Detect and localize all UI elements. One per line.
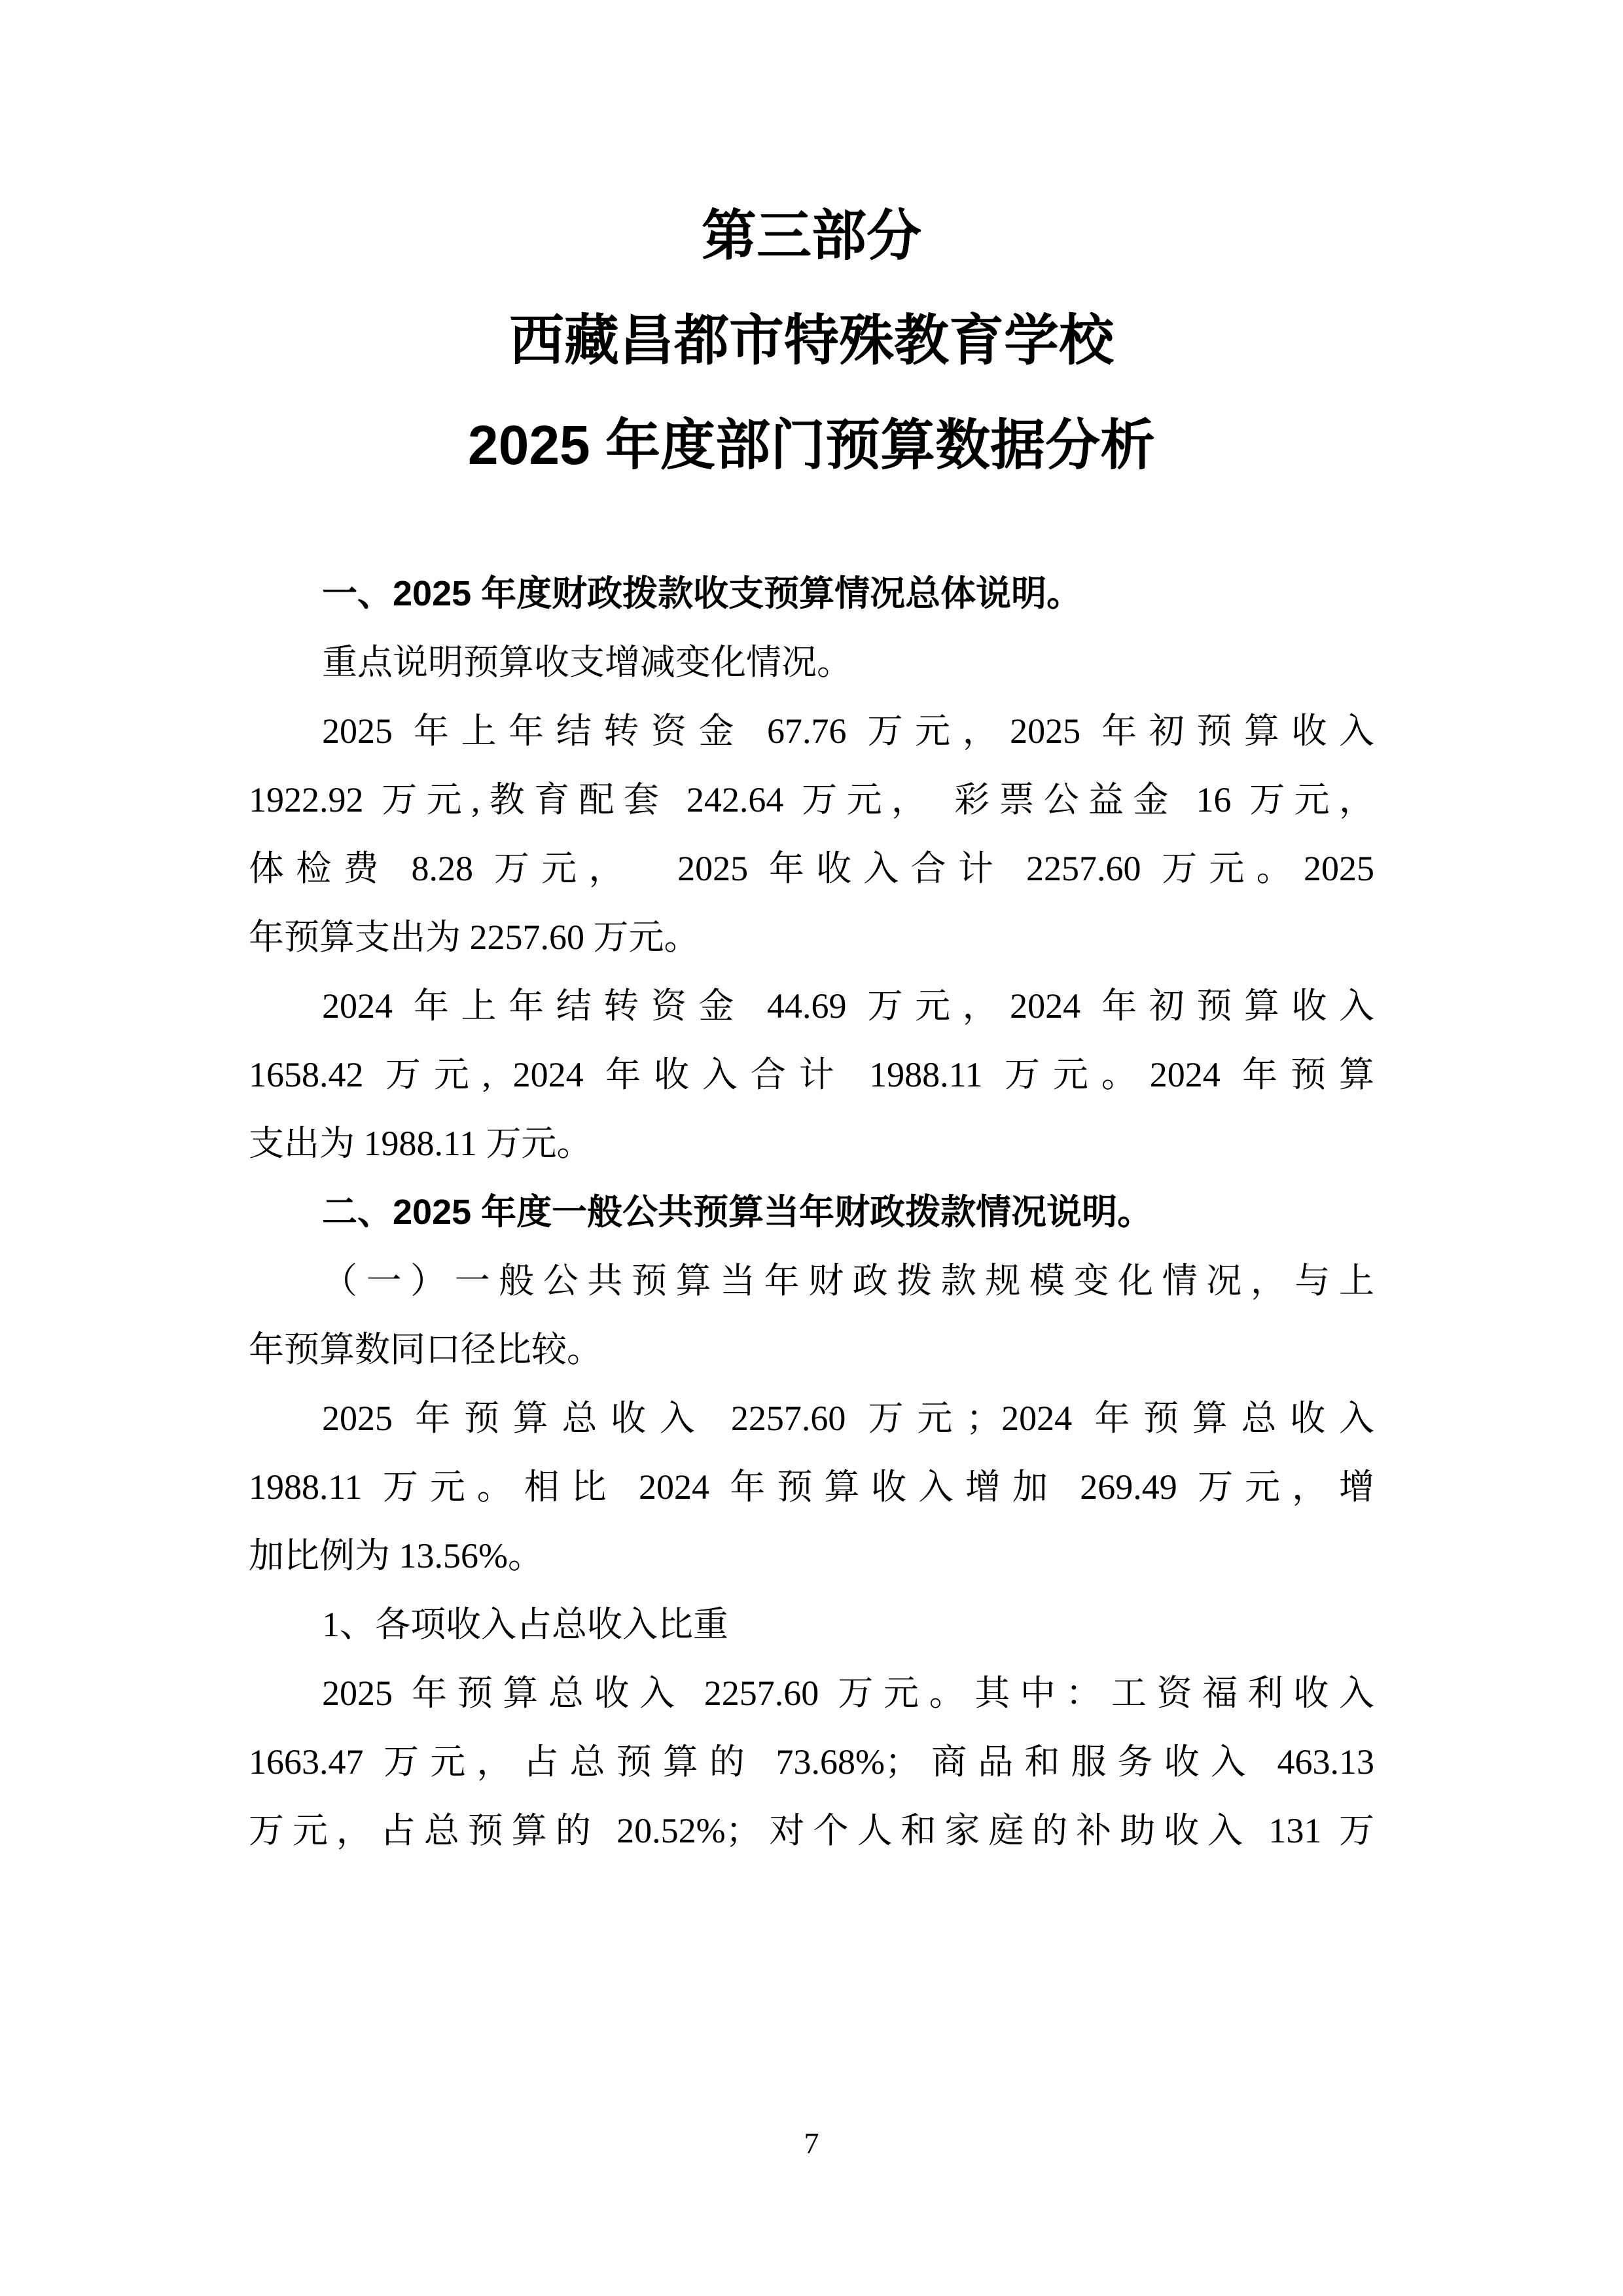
paragraph-line: 2025 年上年结转资金 67.76 万元，2025 年初预算收入 <box>249 697 1374 766</box>
paragraph-line: 万元，占总预算的 20.52%；对个人和家庭的补助收入 131 万 <box>249 1797 1374 1865</box>
paragraph-line: 体检费 8.28 万元， 2025 年收入合计 2257.60 万元。2025 <box>249 834 1374 903</box>
section-heading-line: 二、2025 年度一般公共预算当年财政拨款情况说明。 <box>249 1178 1374 1247</box>
paragraph-line: 2025 年预算总收入 2257.60 万元；2024 年预算总收入 <box>249 1384 1374 1453</box>
section-heading-line: 一、2025 年度财政拨款收支预算情况总体说明。 <box>249 560 1374 628</box>
paragraph-line: 1988.11 万元。相比 2024 年预算收入增加 269.49 万元，增 <box>249 1453 1374 1522</box>
document-body: 一、2025 年度财政拨款收支预算情况总体说明。重点说明预算收支增减变化情况。2… <box>249 560 1374 1865</box>
title-body-spacer <box>0 497 1623 560</box>
paragraph-line: 年预算支出为 2257.60 万元。 <box>249 903 1374 972</box>
paragraph-line: 1658.42 万元, 2024 年收入合计 1988.11 万元。2024 年… <box>249 1041 1374 1109</box>
document-title-line: 2025 年度部门预算数据分析 <box>249 393 1374 497</box>
paragraph-line: 重点说明预算收支增减变化情况。 <box>249 628 1374 697</box>
paragraph-line: 年预算数同口径比较。 <box>249 1316 1374 1384</box>
paragraph-line: （一）一般公共预算当年财政拨款规模变化情况，与上 <box>249 1247 1374 1316</box>
paragraph-line: 1922.92 万元,教育配套 242.64 万元， 彩票公益金 16 万元， <box>249 766 1374 834</box>
paragraph-line: 加比例为 13.56%。 <box>249 1522 1374 1590</box>
page-number: 7 <box>804 2126 819 2160</box>
paragraph-line: 2025 年预算总收入 2257.60 万元。其中：工资福利收入 <box>249 1659 1374 1728</box>
paragraph-line: 支出为 1988.11 万元。 <box>249 1109 1374 1178</box>
paragraph-line: 2024 年上年结转资金 44.69 万元，2024 年初预算收入 <box>249 972 1374 1041</box>
document-title-line: 第三部分 <box>249 183 1374 288</box>
document-title-line: 西藏昌都市特殊教育学校 <box>249 288 1374 393</box>
paragraph-line: 1、各项收入占总收入比重 <box>249 1590 1374 1659</box>
document-page: 第三部分西藏昌都市特殊教育学校2025 年度部门预算数据分析 一、2025 年度… <box>0 0 1623 2296</box>
paragraph-line: 1663.47 万元，占总预算的 73.68%；商品和服务收入 463.13 <box>249 1728 1374 1797</box>
page-footer: 7 <box>0 2121 1623 2166</box>
document-titles: 第三部分西藏昌都市特殊教育学校2025 年度部门预算数据分析 <box>249 183 1374 497</box>
